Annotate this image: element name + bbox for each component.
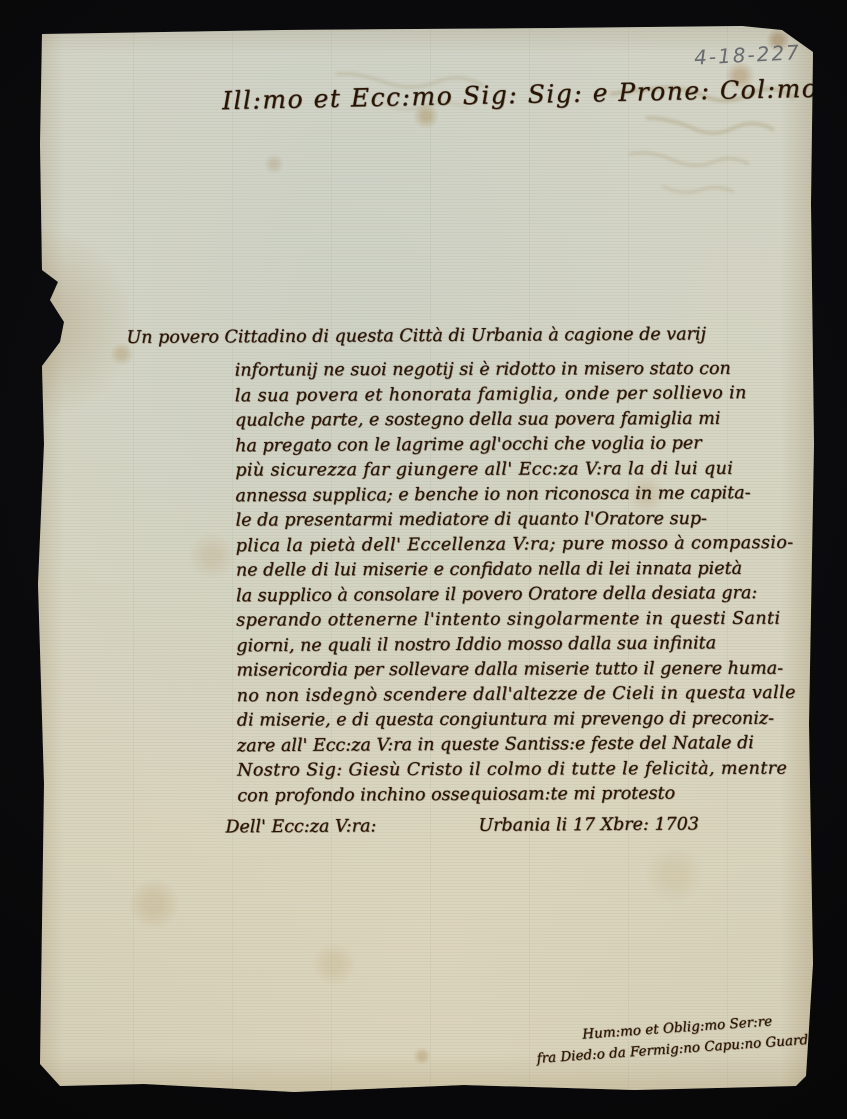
body-line: la sua povera et honorata famiglia, onde… — [235, 381, 767, 409]
body-line: Un povero Cittadino di questa Città di U… — [126, 322, 766, 351]
photo-stage: 4-18-227 Ill:mo et Ecc:mo Sig: Sig: e Pr… — [0, 0, 847, 1119]
closing-row: Dell' Ecc:za V:ra: Urbania li 17 Xbre: 1… — [129, 812, 769, 841]
body-line: infortunij ne suoi negotij si è ridotto … — [235, 357, 767, 384]
body-line: sperando ottenerne l'intento singolarmen… — [236, 607, 768, 634]
body-line: le da presentarmi mediatore di quanto l'… — [236, 507, 768, 534]
body-line: più sicurezza far giungere all' Ecc:za V… — [235, 457, 767, 484]
body-line: zare all' Ecc:za V:ra in queste Santiss:… — [237, 731, 769, 759]
closing-formula: Dell' Ecc:za V:ra: — [225, 814, 376, 840]
signature-block: Hum:mo et Oblig:mo Ser:re fra Died:o da … — [533, 1008, 823, 1070]
body-line: annessa supplica; e benche io non ricono… — [235, 481, 767, 509]
body-line: ne delle di lui miserie e confidato nell… — [236, 557, 768, 584]
body-line: ha pregato con le lagrime agl'occhi che … — [235, 431, 767, 459]
body-line: misericordia per sollevare dalla miserie… — [237, 657, 769, 684]
body-line: Nostro Sig: Giesù Cristo il colmo di tut… — [237, 757, 769, 784]
place-dateline: Urbania li 17 Xbre: 1703 — [478, 812, 699, 838]
body-line: plica la pietà dell' Eccellenza V:ra; pu… — [236, 531, 768, 559]
letter-body: Un povero Cittadino di questa Città di U… — [126, 322, 769, 841]
body-line: giorni, ne quali il nostro Iddio mosso d… — [236, 631, 768, 659]
body-line: no non isdegnò scendere dall'altezze de … — [237, 681, 769, 709]
manuscript-page: 4-18-227 Ill:mo et Ecc:mo Sig: Sig: e Pr… — [34, 24, 814, 1094]
body-line: di miserie, e di questa congiuntura mi p… — [237, 707, 769, 734]
body-line: qualche parte, e sostegno della sua pove… — [235, 407, 767, 434]
body-line: la supplico à consolare il povero Orator… — [236, 581, 768, 609]
catalog-number: 4-18-227 — [693, 38, 834, 69]
salutation-line: Ill:mo et Ecc:mo Sig: Sig: e Prone: Col:… — [222, 74, 819, 115]
body-line: con profondo inchino ossequiosam:te mi p… — [237, 781, 769, 809]
